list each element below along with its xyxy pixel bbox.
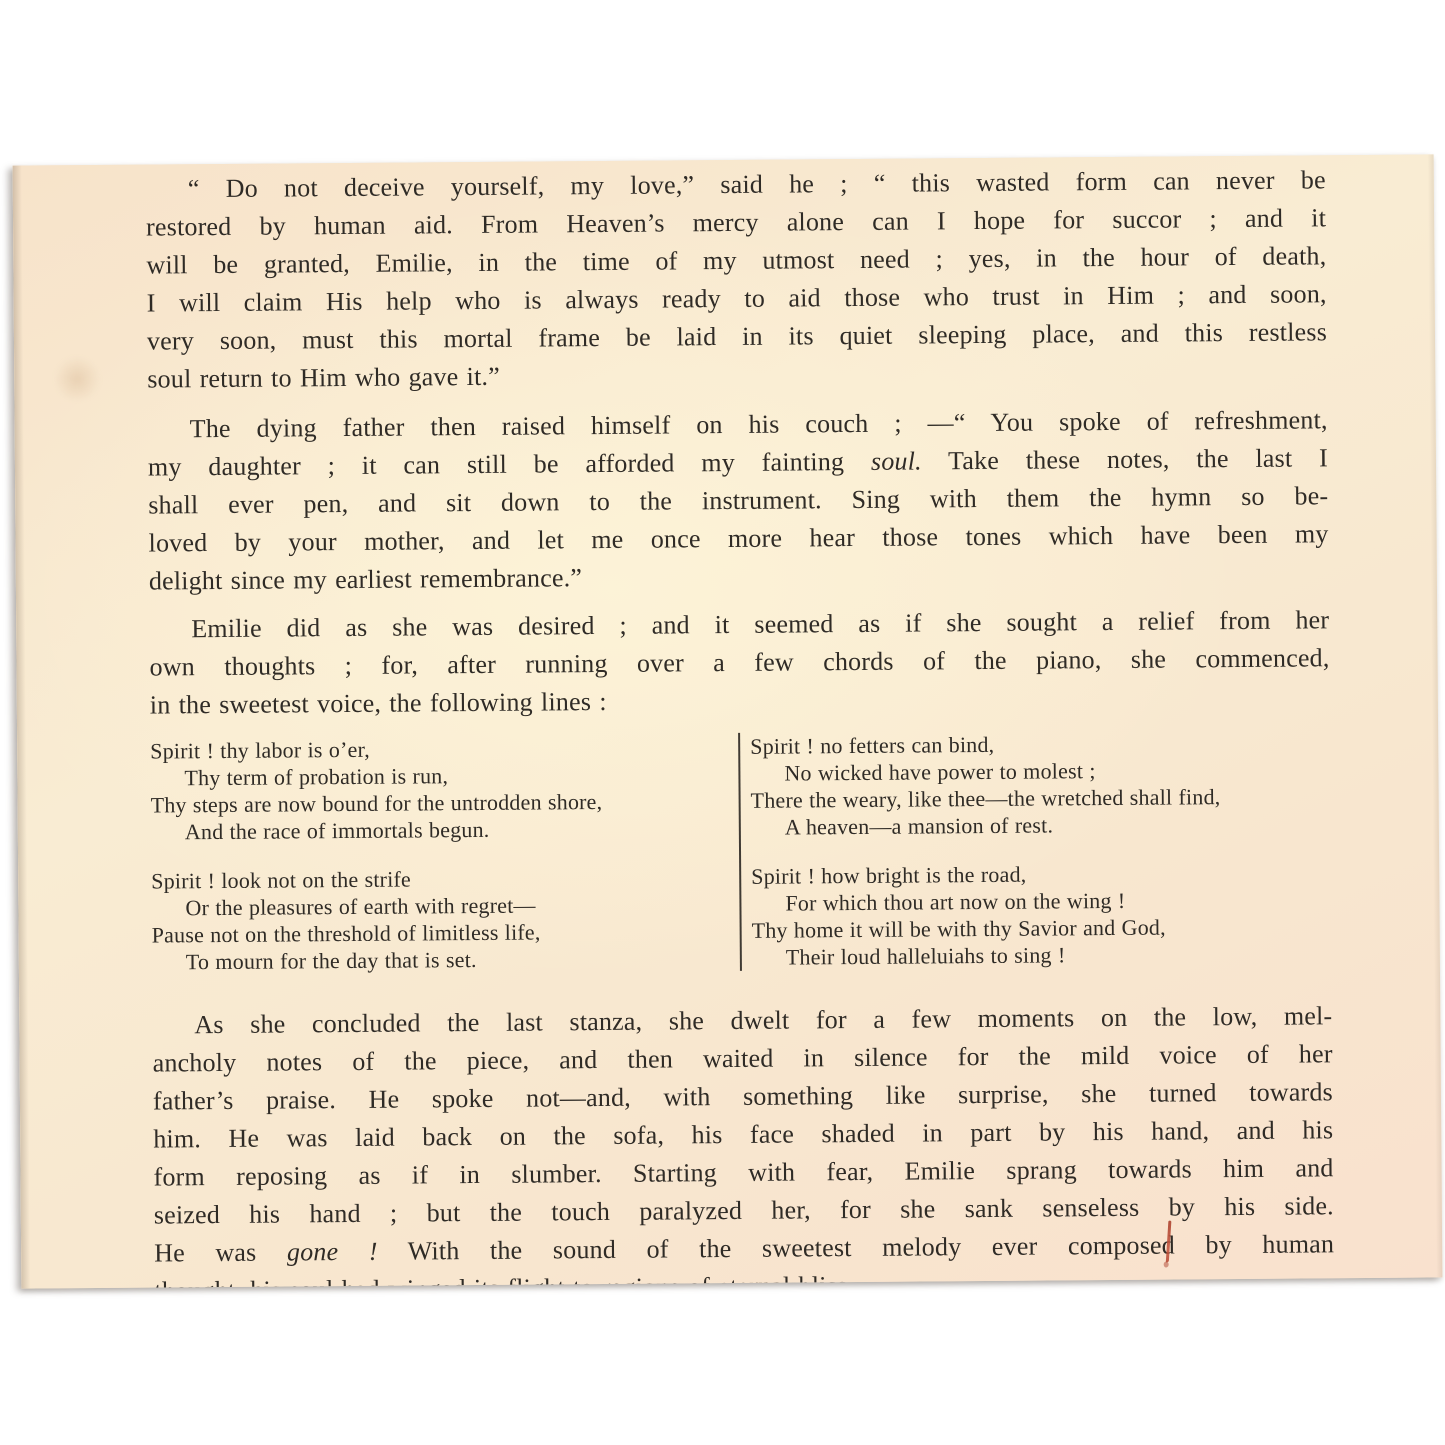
text-line: soul return to Him who gave it.” [147, 351, 1327, 398]
verse-line: And the race of immortals begun. [151, 814, 739, 846]
poem-column-left: Spirit ! thy labor is o’er, Thy term of … [150, 733, 740, 976]
stanza-left-1: Spirit ! thy labor is o’er, Thy term of … [150, 733, 739, 846]
stanza-left-2: Spirit ! look not on the strife Or the p… [151, 863, 740, 976]
text-segment: Take these notes, the last I [948, 443, 1328, 475]
paragraph-3: Emilie did as she was desired ; and it s… [149, 601, 1330, 724]
stanza-right-1: Spirit ! no fetters can bind, No wicked … [750, 728, 1331, 841]
verse-line: Their loud halleluiahs to sing ! [752, 939, 1332, 971]
italic-word-soul: soul. [871, 446, 922, 475]
paragraph-2: The dying father then raised himself on … [148, 401, 1329, 600]
text-segment: He was [154, 1237, 287, 1267]
poem-column-right: Spirit ! no fetters can bind, No wicked … [740, 728, 1332, 971]
italic-word-gone: gone ! [287, 1237, 378, 1267]
text-line: delight since my earliest remembrance.” [149, 553, 1329, 600]
paragraph-4: As she concluded the last stanza, she dw… [152, 997, 1334, 1288]
text-segment: With the sound of the sweetest melody ev… [408, 1229, 1335, 1265]
hymn-section: Spirit ! thy labor is o’er, Thy term of … [150, 728, 1332, 975]
text-segment: my daughter ; it can still be afforded m… [148, 447, 871, 482]
verse-line: A heaven—a mansion of rest. [751, 809, 1331, 841]
paragraph-1: “ Do not deceive yourself, my love,” sai… [146, 161, 1328, 398]
paper-stain [52, 357, 102, 401]
stanza-right-2: Spirit ! how bright is the road, For whi… [751, 858, 1332, 971]
book-page: “ Do not deceive yourself, my love,” sai… [13, 154, 1443, 1288]
verse-line: To mourn for the day that is set. [152, 944, 740, 976]
text-line: in the sweetest voice, the following lin… [150, 677, 1330, 724]
scan-canvas: “ Do not deceive yourself, my love,” sai… [0, 0, 1445, 1445]
text-block: “ Do not deceive yourself, my love,” sai… [146, 161, 1335, 1288]
